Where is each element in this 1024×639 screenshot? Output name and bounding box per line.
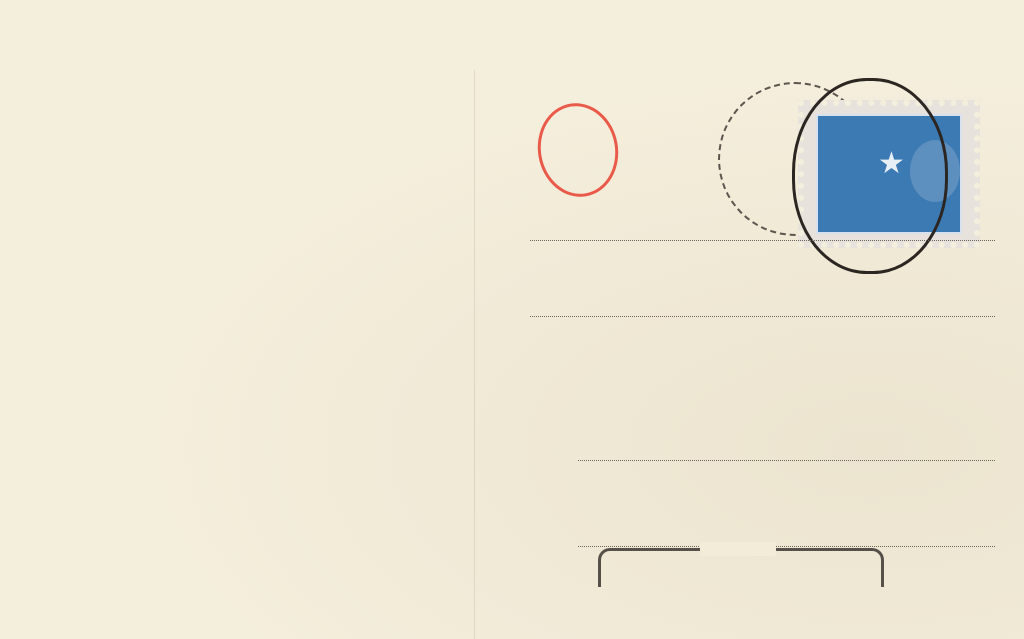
postcard: ★ (0, 0, 1024, 639)
address-line-4 (578, 546, 995, 547)
card-divider (474, 70, 475, 639)
library-stamp-gap (700, 542, 776, 556)
address-line-3 (578, 460, 995, 461)
message-area (0, 0, 475, 639)
address-line-2 (530, 316, 995, 317)
address-line-1 (530, 240, 995, 241)
red-circle-mark (530, 97, 625, 203)
handwritten-message (100, 0, 475, 639)
postmark-ring (792, 78, 948, 274)
